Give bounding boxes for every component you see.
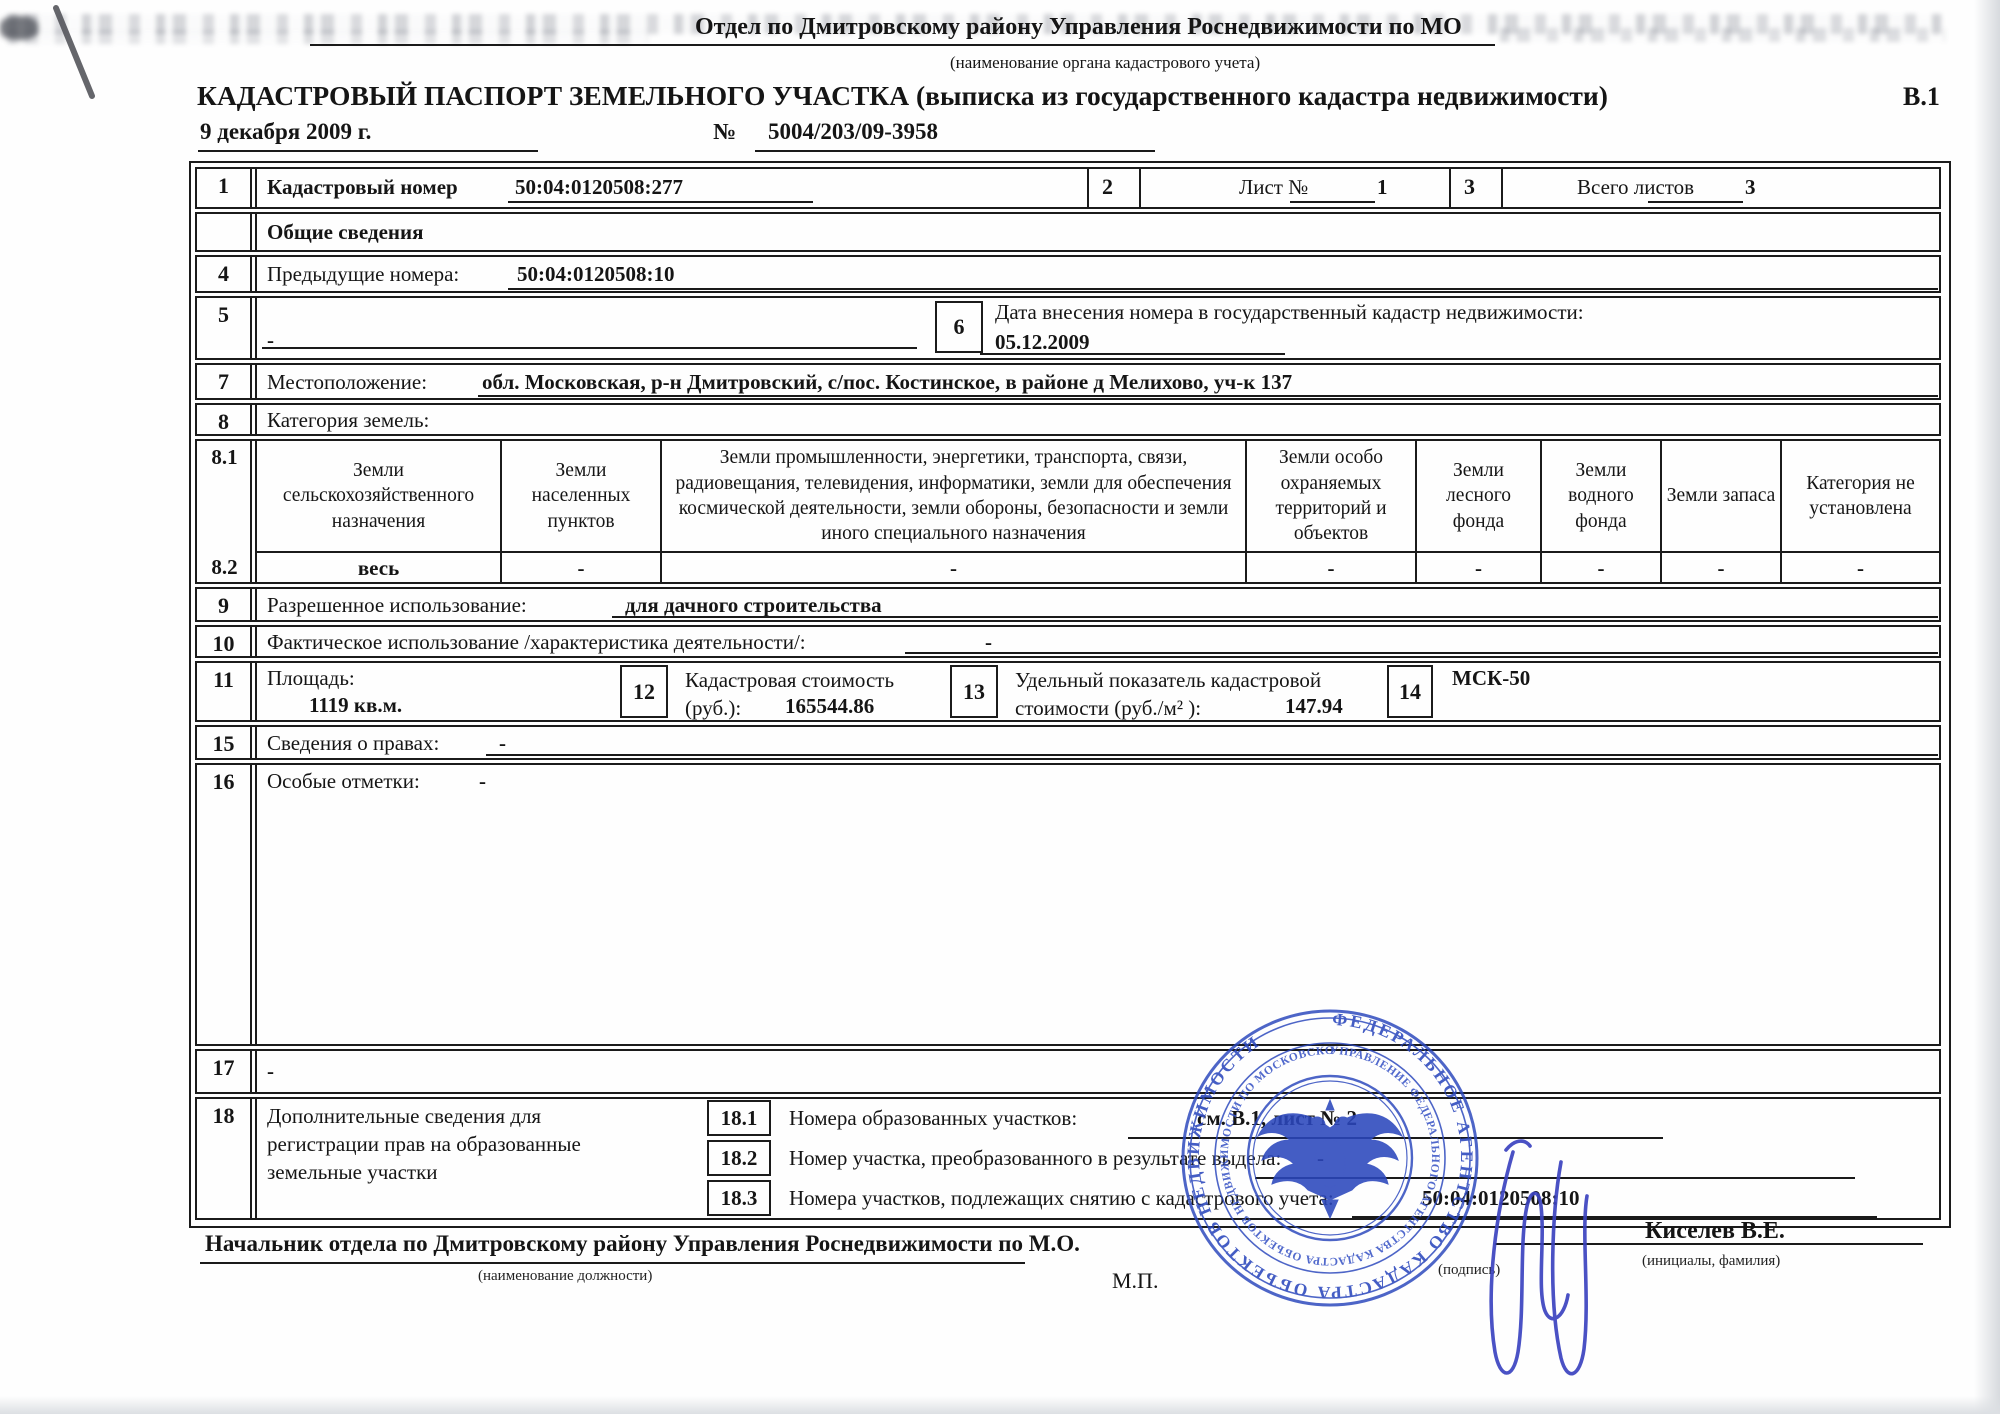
category-value-4: - bbox=[1247, 551, 1417, 584]
msk-value: МСК-50 bbox=[1452, 666, 1530, 691]
row-8: 8 Категория земель: bbox=[195, 403, 1941, 436]
row-9-label: Разрешенное использование: bbox=[267, 593, 527, 618]
category-header-6: Земли водного фонда bbox=[1542, 441, 1662, 551]
land-category-grid: Земли сельскохозяйственного назначения З… bbox=[257, 441, 1939, 582]
row-9-num: 9 bbox=[197, 589, 252, 620]
row-10-label: Фактическое использование /характеристик… bbox=[267, 630, 806, 655]
area-value: 1119 кв.м. bbox=[309, 693, 402, 718]
row-1-num3: 3 bbox=[1464, 174, 1475, 200]
row-16-label: Особые отметки: bbox=[267, 769, 420, 794]
row-9-value: для дачного строительства bbox=[625, 593, 882, 618]
category-header-4: Земли особо охраняемых территорий и объе… bbox=[1247, 441, 1417, 551]
row-17-value: - bbox=[267, 1059, 274, 1084]
cell-13-box: 13 bbox=[950, 665, 998, 718]
total-sheets-label: Всего листов bbox=[1577, 175, 1694, 200]
row-1-value: 50:04:0120508:277 bbox=[515, 175, 683, 200]
sheet-label: Лист № bbox=[1239, 175, 1308, 200]
row-11: 11 Площадь: 1119 кв.м. 12 Кадастровая ст… bbox=[195, 661, 1941, 722]
stamp-eagle-emblem bbox=[1258, 1100, 1402, 1218]
cell-18-2-box: 18.2 bbox=[707, 1140, 771, 1176]
row-7-num: 7 bbox=[197, 365, 252, 398]
row-1-num2: 2 bbox=[1102, 174, 1113, 200]
row-6-value: 05.12.2009 bbox=[995, 330, 1090, 355]
row-18: 18 Дополнительные сведения для регистрац… bbox=[195, 1097, 1941, 1220]
category-value-7: - bbox=[1662, 551, 1782, 584]
row-15-label: Сведения о правах: bbox=[267, 731, 439, 756]
row-18-num: 18 bbox=[197, 1099, 252, 1218]
row-18-label: Дополнительные сведения для регистрации … bbox=[267, 1103, 642, 1187]
row-4-value: 50:04:0120508:10 bbox=[517, 262, 674, 287]
date-underline bbox=[198, 150, 538, 152]
category-value-8: - bbox=[1782, 551, 1939, 584]
row-7-underline bbox=[478, 395, 1938, 397]
row-5-underline bbox=[262, 347, 917, 349]
document-title: КАДАСТРОВЫЙ ПАСПОРТ ЗЕМЕЛЬНОГО УЧАСТКА (… bbox=[197, 80, 1608, 112]
footer-name-caption: (инициалы, фамилия) bbox=[1642, 1253, 1780, 1270]
row-5-value: - bbox=[267, 328, 274, 353]
doc-number-label: № bbox=[713, 119, 736, 145]
row-4-underline bbox=[508, 288, 1938, 290]
sheet-value: 1 bbox=[1377, 175, 1388, 200]
footer-name: Киселев В.Е. bbox=[1645, 1218, 1785, 1245]
page-edge-right bbox=[1974, 0, 2000, 1414]
cad-cost-value: 165544.86 bbox=[785, 694, 874, 719]
cell-6-num: 6 bbox=[954, 314, 965, 340]
org-caption: (наименование органа кадастрового учета) bbox=[950, 53, 1260, 73]
doc-number: 5004/203/09-3958 bbox=[768, 119, 938, 145]
scan-ghost-band-3 bbox=[1500, 28, 1945, 42]
row-16-num: 16 bbox=[197, 765, 252, 1044]
row-1-num: 1 bbox=[197, 169, 252, 207]
category-value-1: весь bbox=[257, 551, 502, 584]
row-8-label: Категория земель: bbox=[267, 408, 429, 433]
footer-position: Начальник отдела по Дмитровскому району … bbox=[205, 1231, 1080, 1257]
category-header-3: Земли промышленности, энергетики, трансп… bbox=[662, 441, 1247, 551]
row-4-label: Предыдущие номера: bbox=[267, 262, 459, 287]
category-header-8: Категория не установлена bbox=[1782, 441, 1939, 551]
row-5-num: 5 bbox=[197, 298, 252, 358]
row-8-1-2: 8.1 8.2 Земли сельскохозяйственного назн… bbox=[195, 439, 1941, 584]
cell-13-num: 13 bbox=[963, 679, 985, 705]
official-stamp: ФЕДЕРАЛЬНОЕ АГЕНТСТВО КАДАСТРА ОБЪЕКТОВ … bbox=[1150, 978, 1510, 1348]
cell-18-1-box: 18.1 bbox=[707, 1100, 771, 1136]
row-10-underline bbox=[905, 652, 1938, 654]
row-5: 5 - 6 Дата внесения номера в государстве… bbox=[195, 296, 1941, 360]
row-10-num: 10 bbox=[197, 627, 252, 656]
row-16-value: - bbox=[479, 769, 486, 794]
scan-blob bbox=[0, 16, 38, 40]
row-4-num: 4 bbox=[197, 257, 252, 291]
cell-18-3-box: 18.3 bbox=[707, 1180, 771, 1216]
row-8-num: 8 bbox=[197, 405, 252, 434]
footer-position-underline bbox=[200, 1262, 1025, 1264]
row-section-num bbox=[197, 214, 252, 250]
row-7-label: Местоположение: bbox=[267, 370, 427, 395]
section-title: Общие сведения bbox=[267, 220, 423, 245]
scan-ghost-band-2 bbox=[8, 30, 648, 44]
cell-18-3-num: 18.3 bbox=[721, 1186, 758, 1211]
form-code: В.1 bbox=[1903, 82, 1940, 112]
cell-14-num: 14 bbox=[1399, 679, 1421, 705]
category-header-2: Земли населенных пунктов bbox=[502, 441, 662, 551]
sheet-underline bbox=[1290, 201, 1375, 203]
row-17: 17 - bbox=[195, 1049, 1941, 1094]
doc-date: 9 декабря 2009 г. bbox=[200, 119, 371, 145]
cell-18-1-num: 18.1 bbox=[721, 1106, 758, 1131]
cell-14-box: 14 bbox=[1387, 665, 1433, 718]
category-header-1: Земли сельскохозяйственного назначения bbox=[257, 441, 502, 551]
category-header-7: Земли запаса bbox=[1662, 441, 1782, 551]
cell-12-box: 12 bbox=[620, 665, 668, 718]
row-9-underline bbox=[612, 616, 1938, 618]
row-17-num: 17 bbox=[197, 1051, 252, 1092]
org-underline bbox=[310, 44, 1495, 46]
total-underline bbox=[1648, 201, 1743, 203]
total-sheets-value: 3 bbox=[1745, 175, 1756, 200]
row-6-label: Дата внесения номера в государственный к… bbox=[995, 300, 1584, 325]
cell-6-box: 6 bbox=[935, 301, 983, 353]
row-1-label: Кадастровый номер bbox=[267, 175, 458, 200]
category-header-5: Земли лесного фонда bbox=[1417, 441, 1542, 551]
row-18-1-label: Номера образованных участков: bbox=[789, 1106, 1077, 1131]
org-header: Отдел по Дмитровскому району Управления … bbox=[695, 14, 1462, 41]
row-6-underline bbox=[980, 353, 1285, 355]
page-edge-bottom bbox=[0, 1396, 2000, 1414]
cell-12-num: 12 bbox=[633, 679, 655, 705]
row-15-underline bbox=[486, 754, 1938, 756]
row-7-value: обл. Московская, р-н Дмитровский, с/пос.… bbox=[482, 370, 1292, 395]
row-15-num: 15 bbox=[197, 727, 252, 758]
area-label: Площадь: bbox=[267, 666, 355, 691]
cell-18-2-num: 18.2 bbox=[721, 1146, 758, 1171]
row-16: 16 Особые отметки: - bbox=[195, 763, 1941, 1046]
category-value-3: - bbox=[662, 551, 1247, 584]
cadastral-passport-page: Отдел по Дмитровскому району Управления … bbox=[0, 0, 2000, 1414]
row-15-value: - bbox=[499, 731, 506, 756]
row-11-num: 11 bbox=[197, 663, 252, 720]
category-value-2: - bbox=[502, 551, 662, 584]
category-value-5: - bbox=[1417, 551, 1542, 584]
number-underline bbox=[755, 150, 1155, 152]
footer-position-caption: (наименование должности) bbox=[478, 1268, 652, 1285]
specific-cost-value: 147.94 bbox=[1285, 694, 1343, 719]
row-section: Общие сведения bbox=[195, 212, 1941, 252]
row-1-value-underline bbox=[508, 201, 813, 203]
category-value-6: - bbox=[1542, 551, 1662, 584]
